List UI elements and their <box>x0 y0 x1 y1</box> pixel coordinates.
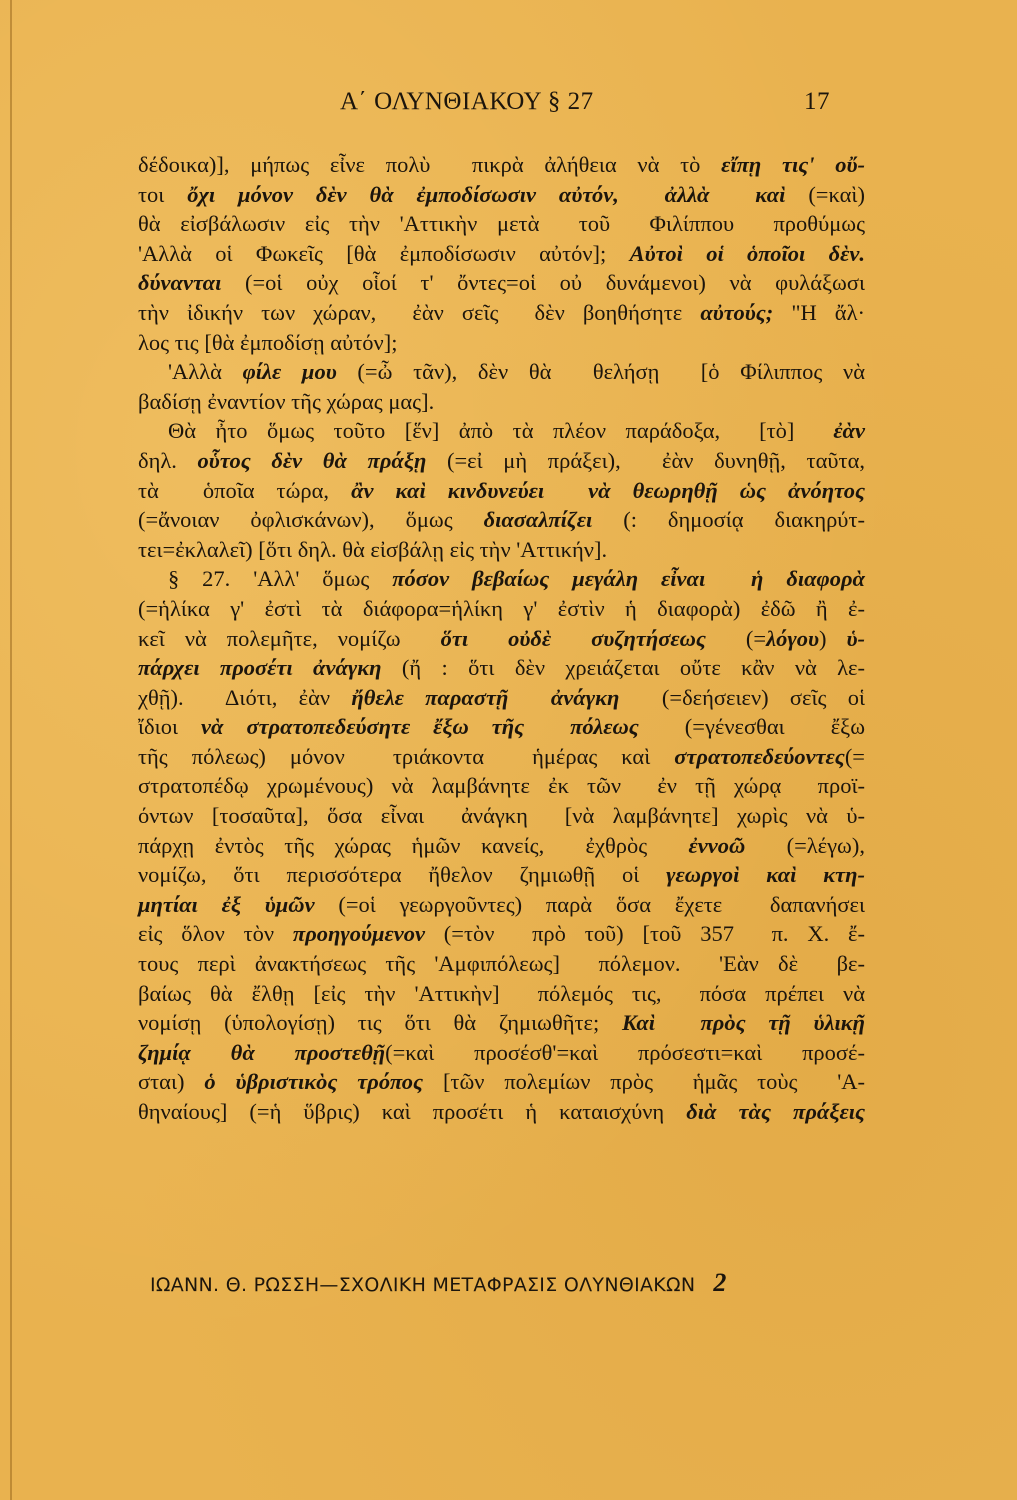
line-content: τῆς πόλεως) μόνον τριάκοντα ἡμέρας καὶ σ… <box>138 742 865 772</box>
text-line: όντων [τοσαῦτα], ὅσα εἶναι ἀνάγκη [νὰ λα… <box>138 801 865 831</box>
emphasized-text: Αὐτοὶ οἱ ὁποῖοι δὲν. <box>630 241 865 266</box>
plain-text: δέδοικα)], μήπως εἶνε πολὺ πικρὰ ἀλήθεια… <box>138 152 721 177</box>
emphasized-text: εἴπῃ τις' οὔ- <box>721 152 865 177</box>
text-line: βαίως θὰ ἔλθῃ [εἰς τὴν 'Αττικὴν] πόλεμός… <box>138 979 865 1009</box>
line-content: (=ἡλίκα γ' ἐστὶ τὰ διάφορα=ἡλίκη γ' ἐστὶ… <box>138 594 865 624</box>
text-line: τὴν ἰδικήν των χώραν, ἐὰν σεῖς δὲν βοηθή… <box>138 298 865 328</box>
emphasized-text: ὁ ὑβριστικὸς τρόπος <box>204 1069 443 1094</box>
plain-text: (=ἄνοιαν ὀφλισκάνων), ὅμως <box>138 507 484 532</box>
text-line: § 27. 'Αλλ' ὅμως πόσον βεβαίως μεγάλη εἶ… <box>138 564 865 594</box>
running-head-title: Α΄ ΟΛΥΝΘΙΑΚΟΥ § 27 <box>340 88 594 116</box>
plain-text: (=καὶ προσέσθ'=καὶ πρόσεστι=καὶ προσέ- <box>385 1040 865 1065</box>
line-content: βαδίσῃ ἐναντίον τῆς χώρας μας]. <box>138 387 441 417</box>
plain-text: όντων [τοσαῦτα], ὅσα εἶναι ἀνάγκη [νὰ λα… <box>138 803 865 828</box>
plain-text: (= <box>726 626 766 651</box>
emphasized-text: ὅτι οὐδὲ συζητήσεως <box>441 626 726 651</box>
page-number: 17 <box>804 88 830 116</box>
emphasized-text: στρατοπεδεύοντες <box>674 744 845 769</box>
line-content: 'Αλλὰ φίλε μου (=ὦ τᾶν), δὲν θὰ θελήσῃ [… <box>168 357 865 387</box>
plain-text: δηλ. <box>138 448 198 473</box>
text-line: δύνανται (=οἱ οὐχ οἷοί τ' ὄντες=οἱ οὐ δυ… <box>138 268 865 298</box>
text-line: (=ἄνοιαν ὀφλισκάνων), ὅμως διασαλπίζει (… <box>138 505 865 535</box>
plain-text: κεῖ νὰ πολεμῆτε, νομίζω <box>138 626 441 651</box>
text-line: κεῖ νὰ πολεμῆτε, νομίζω ὅτι οὐδὲ συζητήσ… <box>138 624 865 654</box>
plain-text: (=τὸν πρὸ τοῦ) [τοῦ 357 π. Χ. ἔ- <box>444 921 865 946</box>
text-line: πάρχει προσέτι ἀνάγκη (ἤ : ὅτι δὲν χρειά… <box>138 653 865 683</box>
plain-text: νομίσῃ (ὑπολογίσῃ) τις ὅτι θὰ ζημιωθῆτε; <box>138 1010 622 1035</box>
emphasized-text: αὐτούς; <box>700 300 791 325</box>
emphasized-text: διασαλπίζει <box>484 507 624 532</box>
emphasized-text: ὑ- <box>846 626 865 651</box>
plain-text: [τῶν πολεμίων πρὸς ἡμᾶς τοὺς 'Α- <box>443 1069 865 1094</box>
plain-text: τὰ ὁποῖα τώρα, <box>138 478 351 503</box>
emphasized-text: ἐὰν <box>833 418 865 443</box>
line-content: εἰς ὅλον τὸν προηγούμενον (=τὸν πρὸ τοῦ)… <box>138 919 865 949</box>
line-content: χθῇ). Διότι, ἐὰν ἤθελε παραστῇ ἀνάγκη (=… <box>138 683 865 713</box>
emphasized-text: ἐννοῶ <box>689 833 766 858</box>
emphasized-text: προηγούμενον <box>293 921 444 946</box>
plain-text: νομίζω, ὅτι περισσότερα ἤθελον ζημιωθῇ ο… <box>138 862 666 887</box>
plain-text: (: δημοσίᾳ διακηρύτ- <box>623 507 865 532</box>
line-content: θηναίους] (=ἡ ὕβρις) καὶ προσέτι ἡ καται… <box>138 1097 865 1127</box>
text-line: χθῇ). Διότι, ἐὰν ἤθελε παραστῇ ἀνάγκη (=… <box>138 683 865 713</box>
line-content: στρατοπέδῳ χρωμένους) νὰ λαμβάνητε ἐκ τῶ… <box>138 771 865 801</box>
line-content: μητίαι ἐξ ὑμῶν (=οἱ γεωργοῦντες) παρὰ ὅσ… <box>138 890 865 920</box>
page-edge-line <box>10 0 12 1500</box>
line-content: νομίσῃ (ὑπολογίσῃ) τις ὅτι θὰ ζημιωθῆτε;… <box>138 1008 865 1038</box>
text-line: 'Αλλὰ οἱ Φωκεῖς [θὰ ἐμποδίσωσιν αὐτόν]; … <box>138 239 865 269</box>
line-content: τει=ἐκλαλεῖ) [ὅτι δηλ. θὰ εἰσβάλῃ εἰς τὴ… <box>138 535 614 565</box>
plain-text: πάρχῃ ἐντὸς τῆς χώρας ἡμῶν κανείς, ἐχθρὸ… <box>138 833 689 858</box>
text-line: βαδίσῃ ἐναντίον τῆς χώρας μας]. <box>138 387 865 417</box>
body-text: δέδοικα)], μήπως εἶνε πολὺ πικρὰ ἀλήθεια… <box>138 150 865 1127</box>
plain-text: 'Αλλὰ οἱ Φωκεῖς [θὰ ἐμποδίσωσιν αὐτόν]; <box>138 241 630 266</box>
emphasized-text: ὄχι μόνον δὲν θὰ ἐμποδίσωσιν αὐτόν, ἀλλὰ… <box>187 182 808 207</box>
plain-text: (=καὶ) <box>808 182 865 207</box>
plain-text: τους περὶ ἀνακτήσεως τῆς 'Αμφιπόλεως] πό… <box>138 951 865 976</box>
text-line: τους περὶ ἀνακτήσεως τῆς 'Αμφιπόλεως] πό… <box>138 949 865 979</box>
plain-text: τὴν ἰδικήν των χώραν, ἐὰν σεῖς δὲν βοηθή… <box>138 300 700 325</box>
running-header: Α΄ ΟΛΥΝΘΙΑΚΟΥ § 27 17 <box>340 88 830 116</box>
emphasized-text: νὰ στρατοπεδεύσητε ἔξω τῆς πόλεως <box>201 714 662 739</box>
line-content: Θὰ ἦτο ὅμως τοῦτο [ἕν] ἀπὸ τὰ πλέον παρά… <box>168 416 865 446</box>
plain-text: τοι <box>138 182 187 207</box>
text-line: δηλ. οὗτος δὲν θὰ πράξῃ (=εἰ μὴ πράξει),… <box>138 446 865 476</box>
line-content: νομίζω, ὅτι περισσότερα ἤθελον ζημιωθῇ ο… <box>138 860 865 890</box>
plain-text: χθῇ). Διότι, ἐὰν <box>138 685 351 710</box>
plain-text: § 27. 'Αλλ' ὅμως <box>168 566 392 591</box>
emphasized-text: ζημίᾳ θὰ προστεθῇ <box>138 1040 385 1065</box>
text-line: ἴδιοι νὰ στρατοπεδεύσητε ἔξω τῆς πόλεως … <box>138 712 865 742</box>
line-content: τὰ ὁποῖα τώρα, ἂν καὶ κινδυνεύει νὰ θεωρ… <box>138 476 865 506</box>
emphasized-text: Καὶ πρὸς τῇ ὑλικῇ <box>622 1010 865 1035</box>
plain-text: Θὰ ἦτο ὅμως τοῦτο [ἕν] ἀπὸ τὰ πλέον παρά… <box>168 418 833 443</box>
emphasized-text: φίλε μου <box>243 359 358 384</box>
plain-text: βαίως θὰ ἔλθῃ [εἰς τὴν 'Αττικὴν] πόλεμός… <box>138 981 865 1006</box>
line-content: τοι ὄχι μόνον δὲν θὰ ἐμποδίσωσιν αὐτόν, … <box>138 180 865 210</box>
plain-text: ἴδιοι <box>138 714 201 739</box>
plain-text: (ἤ : ὅτι δὲν χρειάζεται οὔτε κἂν νὰ λε- <box>402 655 865 680</box>
plain-text: (= <box>845 744 865 769</box>
plain-text: "Η ἄλ· <box>791 300 865 325</box>
plain-text: τει=ἐκλαλεῖ) [ὅτι δηλ. θὰ εἰσβάλῃ εἰς τὴ… <box>138 537 607 562</box>
line-content: πάρχει προσέτι ἀνάγκη (ἤ : ὅτι δὲν χρειά… <box>138 653 865 683</box>
line-content: τὴν ἰδικήν των χώραν, ἐὰν σεῖς δὲν βοηθή… <box>138 298 865 328</box>
signature-mark: 2 <box>713 1268 726 1298</box>
line-content: (=ἄνοιαν ὀφλισκάνων), ὅμως διασαλπίζει (… <box>138 505 865 535</box>
plain-text: ) <box>819 626 847 651</box>
text-line: πάρχῃ ἐντὸς τῆς χώρας ἡμῶν κανείς, ἐχθρὸ… <box>138 831 865 861</box>
emphasized-text: δύνανται <box>138 270 245 295</box>
plain-text: εἰς ὅλον τὸν <box>138 921 293 946</box>
line-content: λος τις [θὰ ἐμποδίσῃ αὐτόν]; <box>138 328 404 358</box>
text-line: τῆς πόλεως) μόνον τριάκοντα ἡμέρας καὶ σ… <box>138 742 865 772</box>
line-content: ἴδιοι νὰ στρατοπεδεύσητε ἔξω τῆς πόλεως … <box>138 712 865 742</box>
line-content: ζημίᾳ θὰ προστεθῇ(=καὶ προσέσθ'=καὶ πρόσ… <box>138 1038 865 1068</box>
plain-text: (=οἱ οὐχ οἷοί τ' ὄντες=οἱ οὐ δυνάμενοι) … <box>245 270 865 295</box>
line-content: δηλ. οὗτος δὲν θὰ πράξῃ (=εἰ μὴ πράξει),… <box>138 446 865 476</box>
text-line: Θὰ ἦτο ὅμως τοῦτο [ἕν] ἀπὸ τὰ πλέον παρά… <box>138 416 865 446</box>
text-line: θηναίους] (=ἡ ὕβρις) καὶ προσέτι ἡ καται… <box>138 1097 865 1127</box>
text-line: δέδοικα)], μήπως εἶνε πολὺ πικρὰ ἀλήθεια… <box>138 150 865 180</box>
text-line: (=ἡλίκα γ' ἐστὶ τὰ διάφορα=ἡλίκη γ' ἐστὶ… <box>138 594 865 624</box>
text-line: τοι ὄχι μόνον δὲν θὰ ἐμποδίσωσιν αὐτόν, … <box>138 180 865 210</box>
plain-text: (=ὦ τᾶν), δὲν θὰ θελήσῃ [ὁ Φίλιππος νὰ <box>357 359 865 384</box>
plain-text: θηναίους] (=ἡ ὕβρις) καὶ προσέτι ἡ καται… <box>138 1099 686 1124</box>
plain-text: 'Αλλὰ <box>168 359 243 384</box>
text-line: ζημίᾳ θὰ προστεθῇ(=καὶ προσέσθ'=καὶ πρόσ… <box>138 1038 865 1068</box>
line-content: δέδοικα)], μήπως εἶνε πολὺ πικρὰ ἀλήθεια… <box>138 150 865 180</box>
emphasized-text: λόγου <box>766 626 819 651</box>
plain-text: (=οἱ γεωργοῦντες) παρὰ ὅσα ἔχετε δαπανήσ… <box>338 892 865 917</box>
line-content: § 27. 'Αλλ' ὅμως πόσον βεβαίως μεγάλη εἶ… <box>168 564 865 594</box>
plain-text: (=γένεσθαι ἔξω <box>662 714 865 739</box>
line-content: βαίως θὰ ἔλθῃ [εἰς τὴν 'Αττικὴν] πόλεμός… <box>138 979 865 1009</box>
emphasized-text: πόσον βεβαίως μεγάλη εἶναι ἡ διαφορὰ <box>392 566 865 591</box>
emphasized-text: γεωργοὶ καὶ κτη- <box>666 862 865 887</box>
plain-text: (=ἡλίκα γ' ἐστὶ τὰ διάφορα=ἡλίκη γ' ἐστὶ… <box>138 596 865 621</box>
plain-text: σται) <box>138 1069 204 1094</box>
page-footer: ΙΩΑΝΝ. Θ. ΡΩΣΣΗ—ΣΧΟΛΙΚΗ ΜΕΤΑΦΡΑΣΙΣ ΟΛΥΝΘ… <box>150 1268 727 1298</box>
line-content: σται) ὁ ὑβριστικὸς τρόπος [τῶν πολεμίων … <box>138 1067 865 1097</box>
emphasized-text: οὗτος δὲν θὰ πράξῃ <box>198 448 447 473</box>
text-line: λος τις [θὰ ἐμποδίσῃ αὐτόν]; <box>138 328 865 358</box>
emphasized-text: ἂν καὶ κινδυνεύει νὰ θεωρηθῇ ὡς ἀνόητος <box>351 478 865 503</box>
plain-text: βαδίσῃ ἐναντίον τῆς χώρας μας]. <box>138 389 434 414</box>
plain-text: (=εἰ μὴ πράξει), ἐὰν δυνηθῇ, ταῦτα, <box>447 448 865 473</box>
text-line: μητίαι ἐξ ὑμῶν (=οἱ γεωργοῦντες) παρὰ ὅσ… <box>138 890 865 920</box>
text-line: 'Αλλὰ φίλε μου (=ὦ τᾶν), δὲν θὰ θελήσῃ [… <box>138 357 865 387</box>
text-line: τει=ἐκλαλεῖ) [ὅτι δηλ. θὰ εἰσβάλῃ εἰς τὴ… <box>138 535 865 565</box>
emphasized-text: μητίαι ἐξ ὑμῶν <box>138 892 338 917</box>
text-line: νομίσῃ (ὑπολογίσῃ) τις ὅτι θὰ ζημιωθῆτε;… <box>138 1008 865 1038</box>
text-line: σται) ὁ ὑβριστικὸς τρόπος [τῶν πολεμίων … <box>138 1067 865 1097</box>
text-line: εἰς ὅλον τὸν προηγούμενον (=τὸν πρὸ τοῦ)… <box>138 919 865 949</box>
text-line: τὰ ὁποῖα τώρα, ἂν καὶ κινδυνεύει νὰ θεωρ… <box>138 476 865 506</box>
footer-title: ΙΩΑΝΝ. Θ. ΡΩΣΣΗ—ΣΧΟΛΙΚΗ ΜΕΤΑΦΡΑΣΙΣ ΟΛΥΝΘ… <box>150 1274 695 1296</box>
line-content: όντων [τοσαῦτα], ὅσα εἶναι ἀνάγκη [νὰ λα… <box>138 801 865 831</box>
line-content: πάρχῃ ἐντὸς τῆς χώρας ἡμῶν κανείς, ἐχθρὸ… <box>138 831 865 861</box>
emphasized-text: ἤθελε παραστῇ ἀνάγκη <box>351 685 640 710</box>
text-line: θὰ εἰσβάλωσιν εἰς τὴν 'Αττικὴν μετὰ τοῦ … <box>138 209 865 239</box>
line-content: θὰ εἰσβάλωσιν εἰς τὴν 'Αττικὴν μετὰ τοῦ … <box>138 209 865 239</box>
line-content: τους περὶ ἀνακτήσεως τῆς 'Αμφιπόλεως] πό… <box>138 949 865 979</box>
emphasized-text: πάρχει προσέτι ἀνάγκη <box>138 655 402 680</box>
line-content: 'Αλλὰ οἱ Φωκεῖς [θὰ ἐμποδίσωσιν αὐτόν]; … <box>138 239 865 269</box>
plain-text: θὰ εἰσβάλωσιν εἰς τὴν 'Αττικὴν μετὰ τοῦ … <box>138 211 865 236</box>
plain-text: τῆς πόλεως) μόνον τριάκοντα ἡμέρας καὶ <box>138 744 674 769</box>
plain-text: (=δεήσειεν) σεῖς οἱ <box>641 685 865 710</box>
plain-text: (=λέγω), <box>766 833 865 858</box>
text-line: στρατοπέδῳ χρωμένους) νὰ λαμβάνητε ἐκ τῶ… <box>138 771 865 801</box>
line-content: δύνανται (=οἱ οὐχ οἷοί τ' ὄντες=οἱ οὐ δυ… <box>138 268 865 298</box>
emphasized-text: διὰ τὰς πράξεις <box>686 1099 865 1124</box>
line-content: κεῖ νὰ πολεμῆτε, νομίζω ὅτι οὐδὲ συζητήσ… <box>138 624 865 654</box>
plain-text: λος τις [θὰ ἐμποδίσῃ αὐτόν]; <box>138 330 397 355</box>
text-line: νομίζω, ὅτι περισσότερα ἤθελον ζημιωθῇ ο… <box>138 860 865 890</box>
plain-text: στρατοπέδῳ χρωμένους) νὰ λαμβάνητε ἐκ τῶ… <box>138 773 865 798</box>
